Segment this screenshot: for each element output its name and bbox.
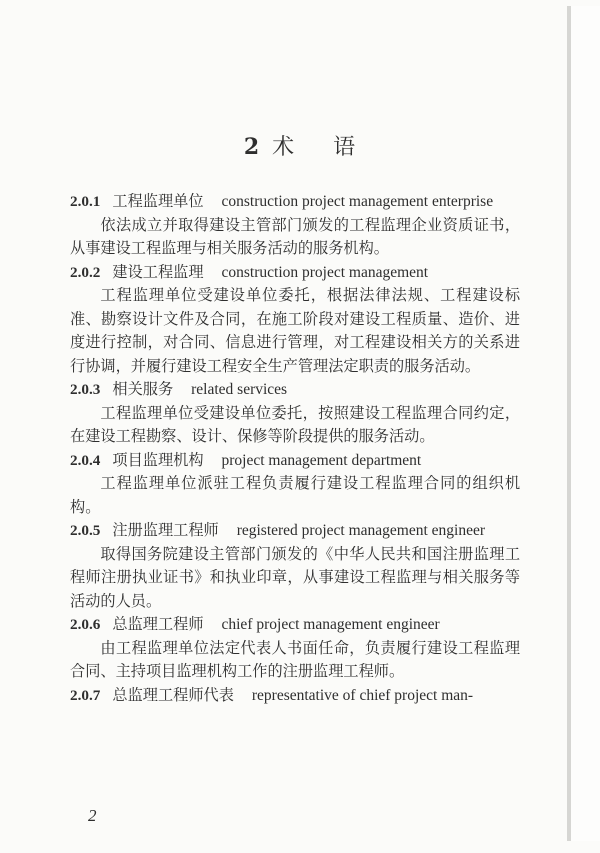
term-english: construction project management [222,264,429,281]
term-number: 2.0.5 [70,522,100,539]
term-number: 2.0.4 [70,452,100,469]
chapter-number: 2 [244,134,260,160]
term-definition: 依法成立并取得建设主管部门颁发的工程监理企业资质证书，从事建设工程监理与相关服务… [70,214,520,261]
term-chinese: 总监理工程师代表 [112,686,234,704]
term-heading: 2.0.5注册监理工程师registered project managemen… [70,519,520,543]
page-number: 2 [88,806,97,826]
term-chinese: 相关服务 [112,380,173,398]
term-english: registered project management engineer [237,522,485,539]
term-heading: 2.0.4项目监理机构project management department [70,449,520,473]
term-english: related services [191,381,287,398]
term-definition: 工程监理单位受建设单位委托，按照建设工程监理合同约定，在建设工程勘察、设计、保修… [70,402,520,449]
term-number: 2.0.6 [70,616,100,633]
term-chinese: 建设工程监理 [112,263,203,281]
terms-list: 2.0.1工程监理单位construction project manageme… [70,190,520,707]
term-chinese: 总监理工程师 [112,615,203,633]
term-chinese: 工程监理单位 [112,192,203,210]
term-number: 2.0.3 [70,381,100,398]
term-heading: 2.0.1工程监理单位construction project manageme… [70,190,520,214]
term-heading: 2.0.6总监理工程师chief project management engi… [70,613,520,637]
term-heading: 2.0.2建设工程监理construction project manageme… [70,261,520,285]
term-definition: 工程监理单位派驻工程负责履行建设工程监理合同的组织机构。 [70,472,520,519]
term-number: 2.0.7 [70,687,100,704]
term-number: 2.0.2 [70,264,100,281]
term-english: project management department [222,452,422,469]
term-chinese: 项目监理机构 [112,451,203,469]
term-chinese: 注册监理工程师 [112,521,218,539]
term-english: representative of chief project man- [252,687,473,704]
chapter-title-part-1: 术 [272,135,295,160]
chapter-title-part-2: 语 [333,135,356,160]
term-definition: 取得国务院建设主管部门颁发的《中华人民共和国注册监理工程师注册执业证书》和执业印… [70,543,520,614]
term-definition: 由工程监理单位法定代表人书面任命，负责履行建设工程监理合同、主持项目监理机构工作… [70,637,520,684]
term-heading: 2.0.3相关服务related services [70,378,520,402]
term-english: chief project management engineer [222,616,440,633]
chapter-title: 2术语 [0,130,600,161]
term-heading: 2.0.7总监理工程师代表representative of chief pro… [70,684,520,708]
term-english: construction project management enterpri… [222,193,494,210]
term-number: 2.0.1 [70,193,100,210]
term-definition: 工程监理单位受建设单位委托，根据法律法规、工程建设标准、勘察设计文件及合同，在施… [70,284,520,378]
